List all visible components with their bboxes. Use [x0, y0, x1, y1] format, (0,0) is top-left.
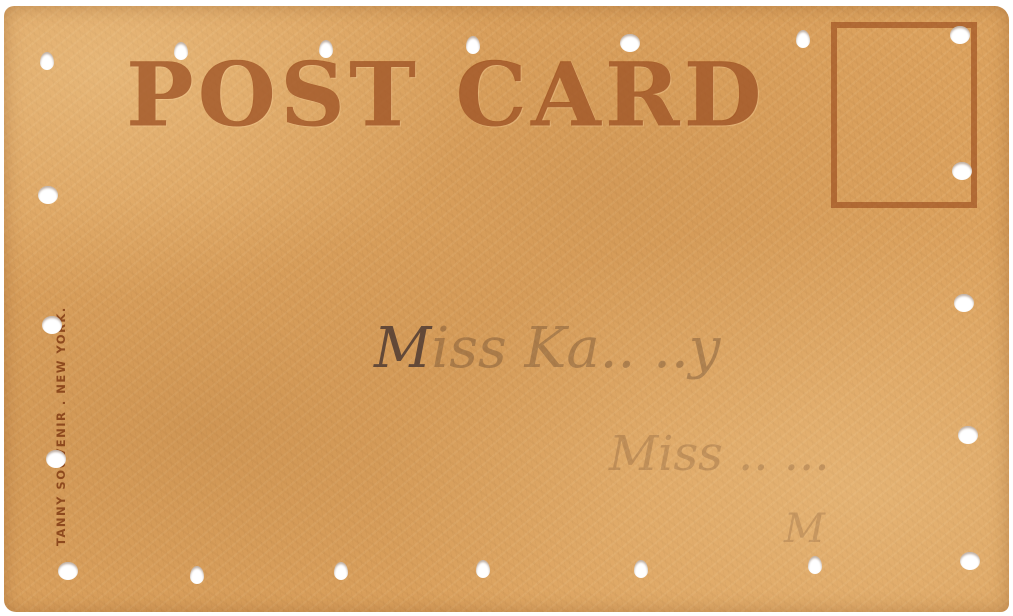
lace-hole — [796, 30, 810, 48]
lace-hole — [952, 162, 972, 180]
lace-hole — [334, 562, 348, 580]
lace-hole — [174, 42, 188, 60]
side-imprint: TANNY SOUVENIR . NEW YORK. — [54, 306, 68, 546]
lace-hole — [38, 186, 58, 204]
lace-hole — [634, 560, 648, 578]
postcard-header: POST CARD — [126, 51, 766, 139]
lace-hole — [808, 556, 822, 574]
lace-hole — [190, 566, 204, 584]
handwriting-line-3: M — [784, 506, 825, 552]
lace-hole — [319, 40, 333, 58]
stamp-box — [831, 22, 977, 208]
handwriting-initial: M — [374, 316, 431, 381]
handwriting-line-1: Miss Ka.. ..y — [374, 316, 720, 381]
lace-hole — [950, 26, 970, 44]
lace-hole — [958, 426, 978, 444]
handwriting-name: iss Ka.. ..y — [431, 316, 720, 381]
lace-hole — [58, 562, 78, 580]
leather-postcard: POST CARD TANNY SOUVENIR . NEW YORK. Mis… — [4, 6, 1009, 612]
lace-hole — [42, 316, 62, 334]
lace-hole — [960, 552, 980, 570]
lace-hole — [954, 294, 974, 312]
lace-hole — [466, 36, 480, 54]
lace-hole — [620, 34, 640, 52]
handwriting-line-2: Miss .. ... — [609, 426, 830, 482]
lace-hole — [46, 450, 66, 468]
lace-hole — [40, 52, 54, 70]
lace-hole — [476, 560, 490, 578]
